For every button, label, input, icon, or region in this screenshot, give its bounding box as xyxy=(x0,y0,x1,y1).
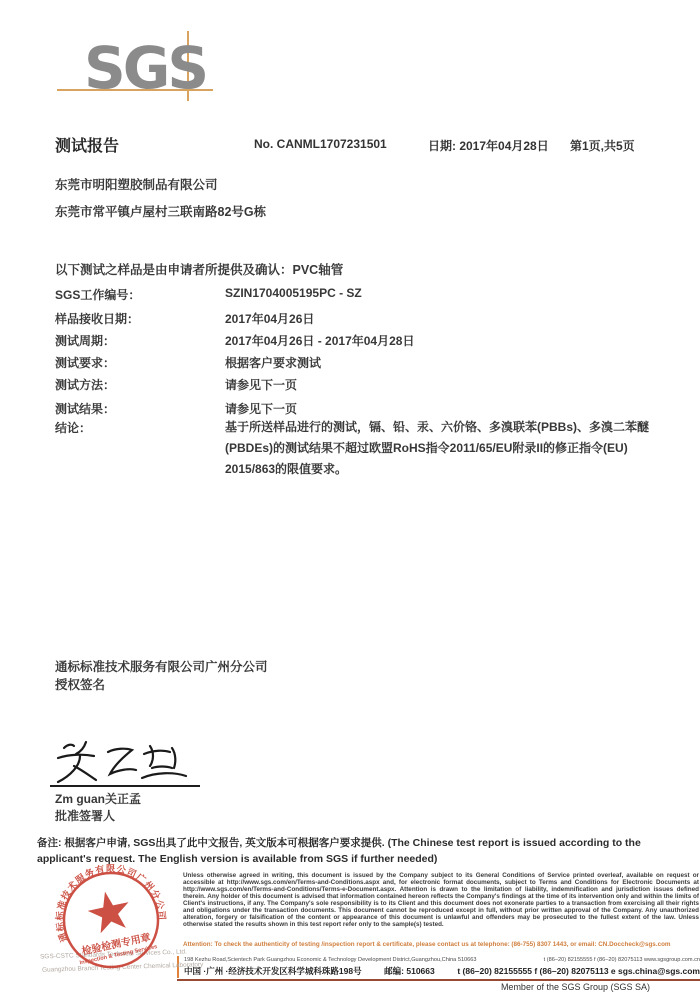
signer-name: Zm guan关正孟 xyxy=(55,790,141,807)
field-label-conclusion: 结论： xyxy=(55,419,91,436)
address-cn-text: 中国 ·广州 ·经济技术开发区科学城科珠路198号 xyxy=(184,965,362,978)
field-label-job-no: SGS工作编号： xyxy=(55,286,140,303)
authenticity-attention: Attention: To check the authenticity of … xyxy=(183,942,699,949)
sample-description: 以下测试之样品是由申请者所提供及确认：PVC轴管 xyxy=(55,260,343,278)
field-label-received-date: 样品接收日期： xyxy=(55,310,139,327)
address-en-text: 198 Kezhu Road,Scientech Park Guangzhou … xyxy=(184,956,477,965)
sgs-group-member-note: Member of the SGS Group (SGS SA) xyxy=(470,982,650,992)
terms-disclaimer: Unless otherwise agreed in writing, this… xyxy=(183,872,699,928)
field-value-job-no: SZIN1704005195PC - SZ xyxy=(225,286,362,300)
field-value-test-requested: 根据客户要求测试 xyxy=(225,354,321,371)
signer-title: 批准签署人 xyxy=(55,807,115,824)
applicant-company: 东莞市明阳塑胶制品有限公司 xyxy=(55,175,218,193)
address-en-contacts: t (86–20) 82155555 f (86–20) 82075113 ww… xyxy=(544,956,700,965)
page-title: 测试报告 xyxy=(55,133,119,156)
stamp-star-icon xyxy=(85,887,134,935)
page-indicator: 第1页,共5页 xyxy=(570,137,635,154)
inspection-stamp: 通标标准技术服务有限公司广州分公司 检验检测专用章 Inspection & T… xyxy=(41,850,181,990)
field-value-test-method: 请参见下一页 xyxy=(225,376,297,393)
authorized-signature-label: 授权签名 xyxy=(55,675,105,693)
test-report-page: SGS 测试报告 No. CANML1707231501 日期: 2017年04… xyxy=(0,0,700,996)
field-value-testing-period: 2017年04月26日 - 2017年04月28日 xyxy=(225,332,414,349)
signature-underline xyxy=(50,785,200,787)
footer-divider-line xyxy=(177,979,700,981)
applicant-address: 东莞市常平镇卢屋村三联南路82号G栋 xyxy=(55,202,266,220)
field-label-test-method: 测试方法： xyxy=(55,376,115,393)
signature-handwriting xyxy=(46,736,206,786)
footer-address-en: 198 Kezhu Road,Scientech Park Guangzhou … xyxy=(184,956,700,965)
issuer-company: 通标标准技术服务有限公司广州分公司 xyxy=(55,657,268,675)
address-cn-contacts: t (86–20) 82155555 f (86–20) 82075113 e … xyxy=(457,965,700,978)
field-value-received-date: 2017年04月26日 xyxy=(225,310,314,327)
field-label-test-results: 测试结果： xyxy=(55,400,115,417)
field-label-test-requested: 测试要求： xyxy=(55,354,115,371)
field-label-testing-period: 测试周期： xyxy=(55,332,115,349)
footer-address-block: 198 Kezhu Road,Scientech Park Guangzhou … xyxy=(177,956,700,978)
address-cn-postcode: 邮编: 510663 xyxy=(384,965,435,978)
report-date: 日期: 2017年04月28日 xyxy=(428,137,549,154)
sgs-logo: SGS xyxy=(84,34,206,102)
field-value-conclusion: 基于所送样品进行的测试，镉、铅、汞、六价铬、多溴联苯(PBBs)、多溴二苯醚(P… xyxy=(225,417,667,480)
footer-address-cn: 中国 ·广州 ·经济技术开发区科学城科珠路198号 邮编: 510663 t (… xyxy=(184,965,700,978)
report-number: No. CANML1707231501 xyxy=(254,137,387,151)
field-value-test-results: 请参见下一页 xyxy=(225,400,297,417)
